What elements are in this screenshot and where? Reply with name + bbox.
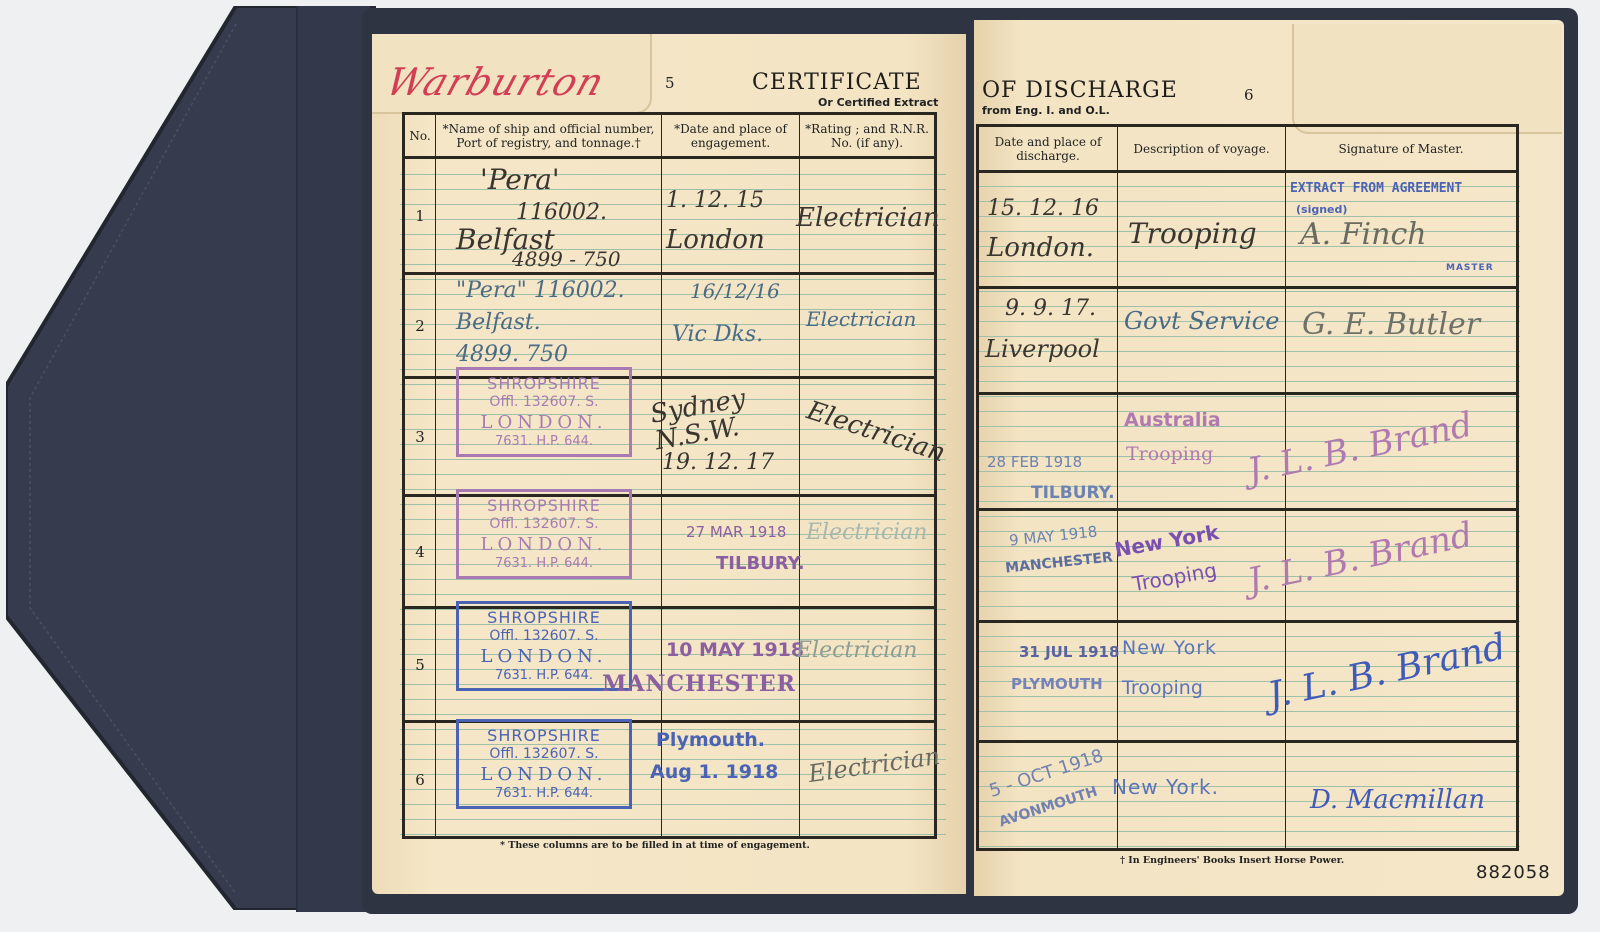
- ship-tonnage: 4899. 750: [456, 343, 568, 366]
- table-row: 1 'Pera' 116002. Belfast 4899 - 750 1. 1…: [404, 158, 936, 274]
- engagement-date-stamp: 27 MAR 1918: [686, 523, 786, 541]
- footer-note-left: * These columns are to be filled in at t…: [500, 840, 810, 851]
- discharge-date-stamp: 9 MAY 1918: [1008, 522, 1098, 549]
- stamp-port: LONDON.: [465, 764, 623, 787]
- table-row: 5 - OCT 1918 AVONMOUTH New York. D. Macm…: [978, 742, 1518, 850]
- rating: Electrician: [807, 744, 942, 787]
- discharge-date-stamp: 31 JUL 1918: [1019, 643, 1119, 661]
- row-number: 2: [405, 317, 435, 335]
- engagement-date-stamp: 10 MAY 1918: [666, 639, 804, 661]
- page-number-right: 6: [1244, 86, 1254, 104]
- stamp-official-number: Offl. 132607. S.: [465, 394, 623, 412]
- discharge-place-stamp: MANCHESTER: [1004, 549, 1113, 576]
- voyage-description: Trooping: [1128, 219, 1257, 248]
- stamp-ship-name: SHROPSHIRE: [465, 726, 623, 746]
- stamp-ship-name: SHROPSHIRE: [465, 608, 623, 628]
- rating: Electrician: [803, 397, 948, 467]
- col-header-engagement: *Date and place of engagement.: [662, 114, 800, 158]
- engagement-place: Vic Dks.: [672, 323, 763, 346]
- row-number: 5: [405, 656, 435, 674]
- ship-name: 'Pera': [480, 165, 560, 194]
- voyage-line2-stamp: Trooping: [1131, 558, 1219, 596]
- col-header-master: Signature of Master.: [1286, 126, 1518, 172]
- footer-note-right: † In Engineers' Books Insert Horse Power…: [1120, 855, 1344, 866]
- table-row: 31 JUL 1918 PLYMOUTH New York Trooping J…: [978, 622, 1518, 742]
- voyage-description: Govt Service: [1124, 309, 1279, 334]
- stamp-port: LONDON.: [465, 412, 623, 435]
- ship-tonnage: 4899 - 750: [512, 249, 621, 270]
- engagement-date: 16/12/16: [690, 281, 780, 302]
- stamp-port: LONDON.: [465, 646, 623, 669]
- discharge-place-stamp: TILBURY.: [1031, 483, 1115, 503]
- table-row: 9 MAY 1918 MANCHESTER New York Trooping …: [978, 510, 1518, 622]
- subtitle-right: from Eng. I. and O.L.: [982, 104, 1110, 117]
- ship-stamp: SHROPSHIRE Offl. 132607. S. LONDON. 7631…: [456, 367, 632, 457]
- master-signature: A. Finch: [1300, 219, 1427, 251]
- signed-stamp: (signed): [1296, 203, 1347, 216]
- stamp-port: LONDON.: [465, 534, 623, 557]
- voyage-line1-stamp: New York: [1113, 520, 1221, 562]
- stamp-tonnage: 7631. H.P. 644.: [465, 434, 623, 450]
- ship-stamp: SHROPSHIRE Offl. 132607. S. LONDON. 7631…: [456, 719, 632, 809]
- engagement-place: London: [666, 227, 765, 254]
- rating: Electrician: [796, 639, 917, 662]
- ship-stamp: SHROPSHIRE Offl. 132607. S. LONDON. 7631…: [456, 489, 632, 579]
- rating: Electrician: [806, 521, 927, 544]
- table-row: 3 SHROPSHIRE Offl. 132607. S. LONDON. 76…: [404, 378, 936, 496]
- title-left: CERTIFICATE: [752, 70, 922, 95]
- voyage-line1-stamp: New York.: [1112, 775, 1219, 799]
- stamp-ship-name: SHROPSHIRE: [465, 374, 623, 394]
- discharge-place: London.: [987, 235, 1094, 262]
- row-number: 6: [405, 771, 435, 789]
- voyage-line1-stamp: New York: [1122, 637, 1217, 659]
- voyage-line2-stamp: Trooping: [1126, 443, 1213, 465]
- stamp-official-number: Offl. 132607. S.: [465, 746, 623, 764]
- table-row: 15. 12. 16 London. Trooping EXTRACT FROM…: [978, 172, 1518, 288]
- ship-official-number: 116002.: [516, 201, 607, 224]
- col-header-no: No.: [404, 114, 436, 158]
- col-header-ship: *Name of ship and official number, Port …: [436, 114, 662, 158]
- discharge-place: Liverpool: [985, 337, 1100, 362]
- row-number: 1: [405, 207, 435, 225]
- title-right: OF DISCHARGE: [982, 78, 1178, 103]
- table-row: 4 SHROPSHIRE Offl. 132607. S. LONDON. 76…: [404, 496, 936, 608]
- table-row: 28 FEB 1918 TILBURY. Australia Trooping …: [978, 394, 1518, 510]
- col-header-rating: *Rating ; and R.N.R. No. (if any).: [800, 114, 936, 158]
- discharge-date: 9. 9. 17.: [1005, 297, 1096, 320]
- discharge-place-stamp: PLYMOUTH: [1011, 675, 1103, 693]
- ship-name: "Pera" 116002.: [456, 279, 625, 302]
- engagement-place-stamp: Plymouth.: [656, 729, 765, 751]
- discharge-date-stamp: 28 FEB 1918: [987, 453, 1082, 471]
- stamp-official-number: Offl. 132607. S.: [465, 628, 623, 646]
- col-header-voyage: Description of voyage.: [1118, 126, 1286, 172]
- owner-name-handwritten: Warburton: [381, 60, 610, 104]
- ship-port: Belfast.: [456, 311, 541, 334]
- engagement-place-stamp: TILBURY.: [716, 553, 805, 574]
- voyage-line2-stamp: Trooping: [1122, 677, 1203, 699]
- stamp-tonnage: 7631. H.P. 644.: [465, 556, 623, 572]
- engagement-date: 1. 12. 15: [666, 189, 764, 212]
- rating: Electrician: [806, 309, 916, 330]
- table-row: 2 "Pera" 116002. Belfast. 4899. 750 16/1…: [404, 274, 936, 378]
- stamp-official-number: Offl. 132607. S.: [465, 516, 623, 534]
- table-row: 9. 9. 17. Liverpool Govt Service G. E. B…: [978, 288, 1518, 394]
- stamp-ship-name: SHROPSHIRE: [465, 496, 623, 516]
- discharge-table: Date and place of discharge. Description…: [976, 124, 1519, 851]
- discharge-date: 15. 12. 16: [987, 197, 1099, 220]
- voyage-line1-stamp: Australia: [1124, 409, 1221, 431]
- subtitle-left: Or Certified Extract: [818, 96, 938, 109]
- engagement-place: Sydney N.S.W.: [648, 377, 802, 456]
- stamp-tonnage: 7631. H.P. 644.: [465, 786, 623, 802]
- extract-stamp: EXTRACT FROM AGREEMENT: [1290, 181, 1462, 196]
- table-row: 5 SHROPSHIRE Offl. 132607. S. LONDON. 76…: [404, 608, 936, 722]
- engagement-table: No. *Name of ship and official number, P…: [402, 112, 937, 839]
- book-spine: [296, 6, 370, 912]
- rating: Electrician: [796, 205, 940, 232]
- row-number: 3: [405, 428, 435, 446]
- master-signature: J. L. B. Brand: [1265, 628, 1510, 715]
- engagement-date-stamp: Aug 1. 1918: [650, 761, 778, 783]
- page-tab-right: [1292, 24, 1562, 134]
- table-row: 6 SHROPSHIRE Offl. 132607. S. LONDON. 76…: [404, 722, 936, 838]
- stamp-tonnage: 7631. H.P. 644.: [465, 668, 623, 684]
- engagement-date: 19. 12. 17: [662, 451, 774, 474]
- master-signature: D. Macmillan: [1310, 787, 1485, 814]
- engagement-place-stamp: MANCHESTER: [602, 671, 796, 697]
- row-number: 4: [405, 543, 435, 561]
- master-stamp: MASTER: [1446, 263, 1494, 273]
- serial-number: 882058: [1476, 862, 1551, 883]
- col-header-discharge: Date and place of discharge.: [978, 126, 1118, 172]
- master-signature: G. E. Butler: [1302, 309, 1480, 341]
- page-number-left: 5: [665, 74, 675, 92]
